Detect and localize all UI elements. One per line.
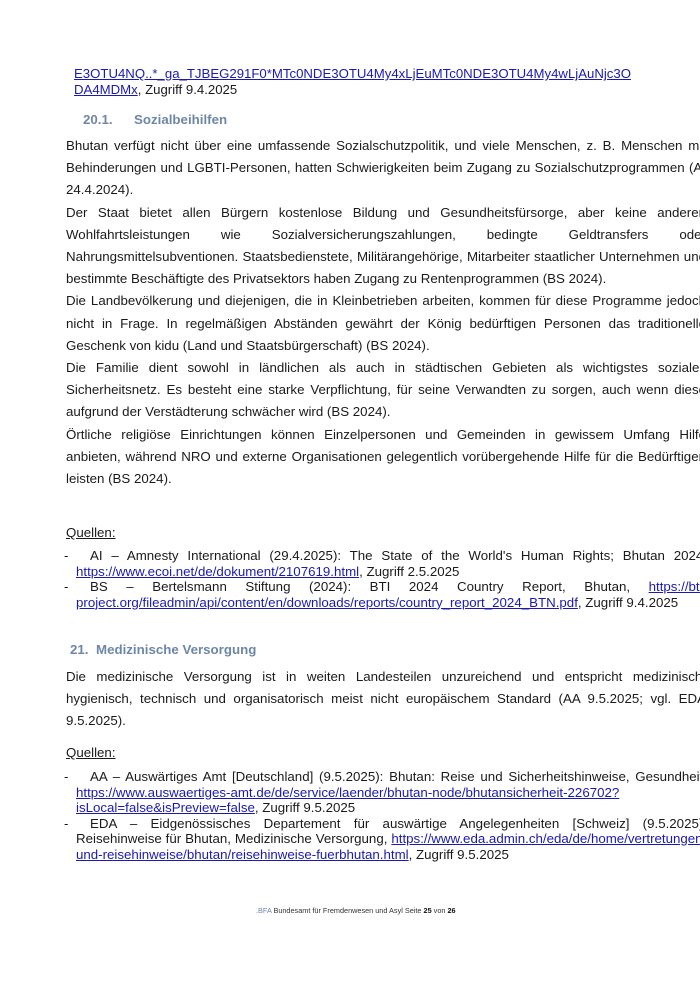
- sources-label: Quellen:: [66, 745, 116, 760]
- sources-list: - AA – Auswärtiges Amt [Deutschland] (9.…: [66, 769, 700, 862]
- list-dash: -: [64, 579, 68, 595]
- section-title: Sozialbeihilfen: [134, 112, 227, 127]
- top-reference-access: , Zugriff 9.4.2025: [138, 82, 237, 97]
- section-21-body: Die medizinische Versorgung ist in weite…: [66, 666, 700, 733]
- paragraph: Bhutan verfügt nicht über eine umfassend…: [66, 135, 700, 202]
- top-reference: E3OTU4NQ..*_ga_TJBEG291F0*MTc0NDE3OTU4My…: [74, 66, 634, 98]
- section-heading-20-1: 20.1.Sozialbeihilfen: [83, 112, 227, 127]
- source-item: - AA – Auswärtiges Amt [Deutschland] (9.…: [66, 769, 700, 816]
- bfa-logo: .BFA: [256, 906, 271, 915]
- section-number: 20.1.: [83, 112, 134, 127]
- paragraph: Der Staat bietet allen Bürgern kostenlos…: [66, 202, 700, 291]
- list-dash: -: [64, 816, 68, 832]
- paragraph: Die Landbevölkerung und diejenigen, die …: [66, 290, 700, 357]
- section-title: Medizinische Versorgung: [96, 642, 256, 657]
- source-item: - BS – Bertelsmann Stiftung (2024): BTI …: [66, 579, 700, 610]
- source-link[interactable]: https://www.ecoi.net/de/dokument/2107619…: [76, 564, 359, 579]
- section-20-1-body: Bhutan verfügt nicht über eine umfassend…: [66, 135, 700, 490]
- paragraph: Die medizinische Versorgung ist in weite…: [66, 666, 700, 733]
- section-number: 21.: [70, 642, 96, 657]
- page-total: 26: [447, 906, 455, 915]
- source-item: - EDA – Eidgenössisches Departement für …: [66, 816, 700, 863]
- list-dash: -: [64, 769, 68, 785]
- section-heading-21: 21.Medizinische Versorgung: [70, 642, 256, 657]
- sources-list: - AI – Amnesty International (29.4.2025)…: [66, 548, 700, 610]
- sources-label: Quellen:: [66, 525, 116, 540]
- list-dash: -: [64, 548, 68, 564]
- paragraph: Örtliche religiöse Einrichtungen können …: [66, 424, 700, 491]
- source-item: - AI – Amnesty International (29.4.2025)…: [66, 548, 700, 579]
- page-number: 25: [424, 906, 432, 915]
- paragraph: Die Familie dient sowohl in ländlichen a…: [66, 357, 700, 424]
- page-footer: .BFA Bundesamt für Fremdenwesen und Asyl…: [256, 906, 456, 915]
